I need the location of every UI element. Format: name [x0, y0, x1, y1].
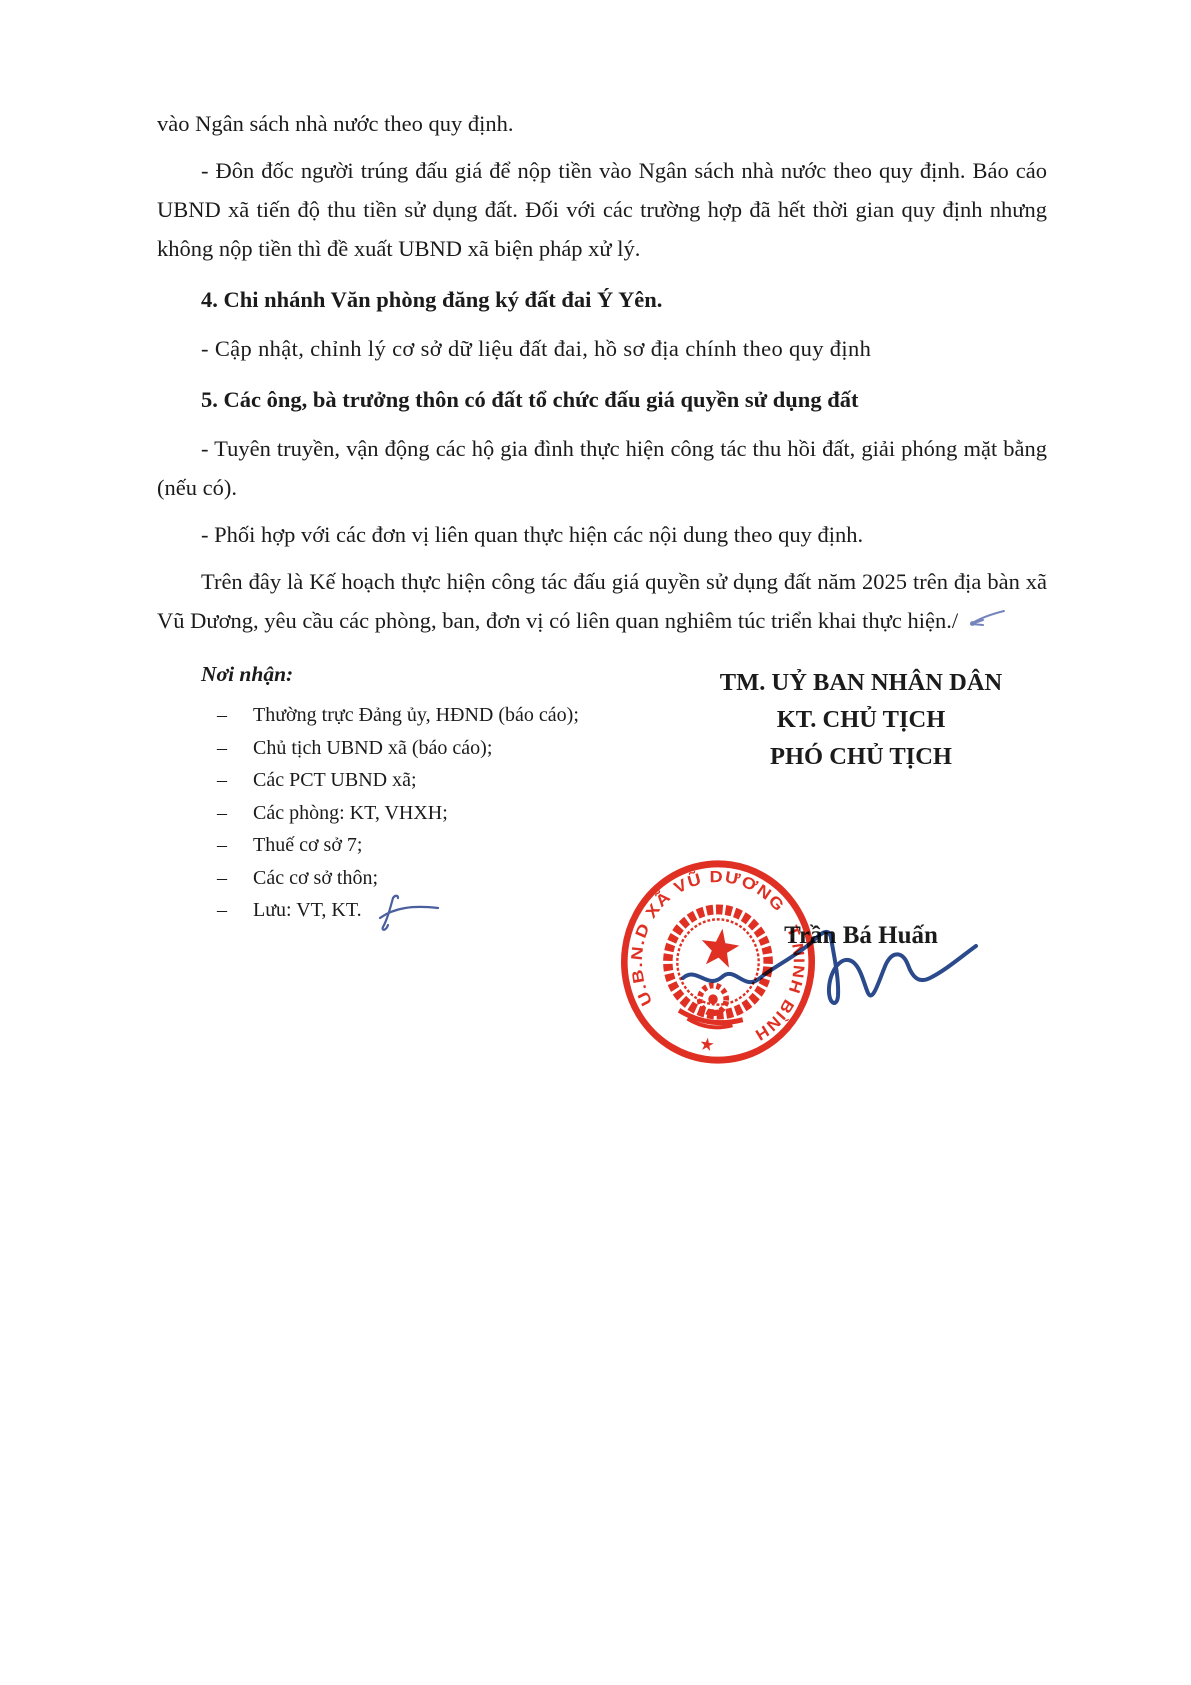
document-body: vào Ngân sách nhà nước theo quy định. - … — [157, 104, 1047, 982]
dash-bullet: – — [217, 732, 253, 765]
recipient-item: –Lưu: VT, KT. — [201, 894, 671, 927]
document-page: vào Ngân sách nhà nước theo quy định. - … — [0, 0, 1191, 1685]
dash-bullet: – — [217, 862, 253, 895]
paragraph: vào Ngân sách nhà nước theo quy định. — [157, 104, 1047, 143]
recipient-text: Chủ tịch UBND xã (báo cáo); — [253, 732, 492, 765]
dash-bullet: – — [217, 829, 253, 862]
dash-bullet: – — [217, 894, 253, 927]
recipient-text: Lưu: VT, KT. — [253, 894, 362, 927]
signature-ink — [660, 915, 1000, 1025]
paragraph: - Tuyên truyền, vận động các hộ gia đình… — [157, 429, 1047, 507]
dash-bullet: – — [217, 764, 253, 797]
title-line: PHÓ CHỦ TỊCH — [691, 738, 1031, 775]
closing-paragraph: Trên đây là Kế hoạch thực hiện công tác … — [157, 562, 1047, 640]
recipient-text: Các PCT UBND xã; — [253, 764, 417, 797]
pen-initial-mark-icon — [372, 894, 444, 936]
seal-bottom-star-icon: ★ — [698, 1033, 716, 1055]
recipient-item: –Các phòng: KT, VHXH; — [201, 797, 671, 830]
recipient-item: –Các cơ sở thôn; — [201, 862, 671, 895]
recipient-text: Thuế cơ sở 7; — [253, 829, 362, 862]
paragraph: - Cập nhật, chỉnh lý cơ sở dữ liệu đất đ… — [157, 329, 1047, 368]
recipients-block: Nơi nhận: –Thường trực Đảng ủy, HĐND (bá… — [201, 662, 671, 927]
recipient-item: –Chủ tịch UBND xã (báo cáo); — [201, 732, 671, 765]
paragraph: - Đôn đốc người trúng đấu giá để nộp tiề… — [157, 151, 1047, 268]
dash-bullet: – — [217, 797, 253, 830]
section-heading: 4. Chi nhánh Văn phòng đăng ký đất đai Ý… — [157, 280, 1047, 319]
recipient-item: –Thuế cơ sở 7; — [201, 829, 671, 862]
recipient-text: Các phòng: KT, VHXH; — [253, 797, 448, 830]
recipient-text: Thường trực Đảng ủy, HĐND (báo cáo); — [253, 699, 579, 732]
recipient-item: –Thường trực Đảng ủy, HĐND (báo cáo); — [201, 699, 671, 732]
deputy-for-line: KT. CHỦ TỊCH — [691, 701, 1031, 738]
recipient-item: –Các PCT UBND xã; — [201, 764, 671, 797]
section-heading: 5. Các ông, bà trưởng thôn có đất tổ chứ… — [157, 380, 1047, 419]
org-line: TM. UỶ BAN NHÂN DÂN — [691, 664, 1031, 701]
closing-text: Trên đây là Kế hoạch thực hiện công tác … — [157, 569, 1047, 633]
paragraph: - Phối hợp với các đơn vị liên quan thực… — [157, 515, 1047, 554]
recipient-text: Các cơ sở thôn; — [253, 862, 378, 895]
dash-bullet: – — [217, 699, 253, 732]
pen-flourish-icon — [964, 605, 1008, 631]
recipients-label: Nơi nhận: — [201, 662, 671, 687]
